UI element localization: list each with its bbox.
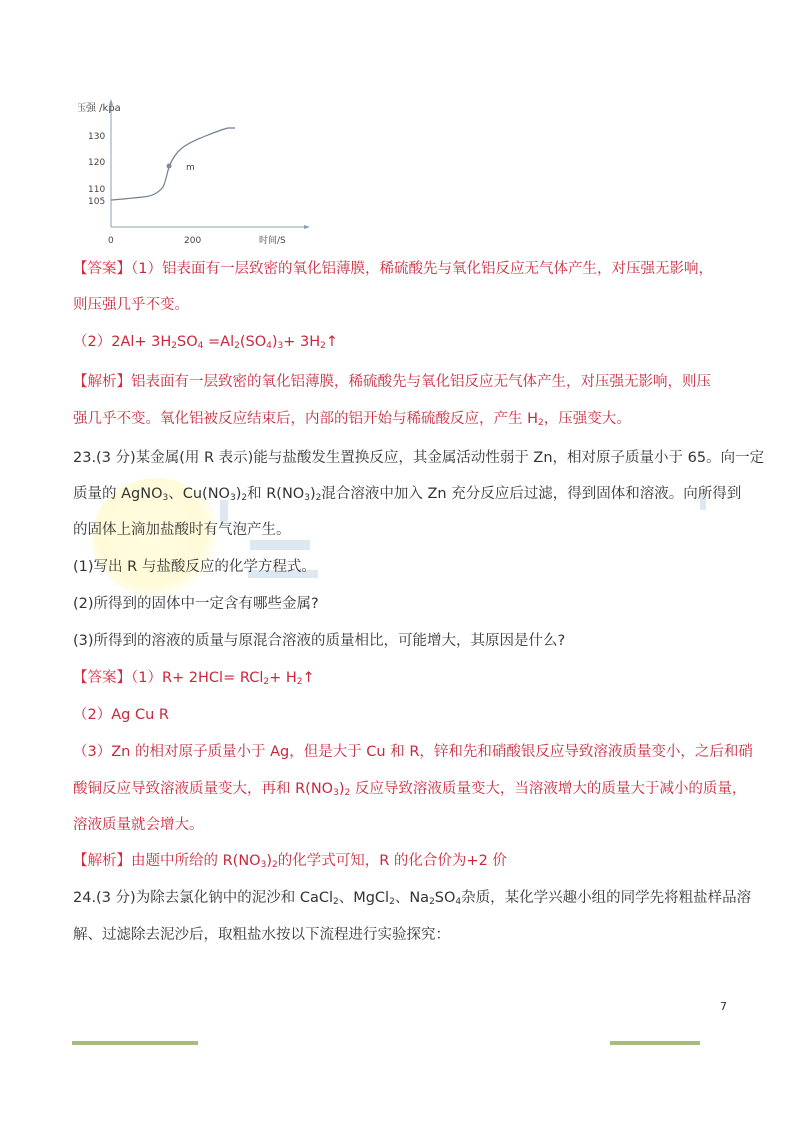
pressure-time-chart: 压强 /kpa 130 120 110 105 0 200 时间/S m [78,95,318,245]
chart-svg: 压强 /kpa 130 120 110 105 0 200 时间/S m [78,95,318,245]
q23-question3: (3)所得到的溶液的质量与原混合溶液的质量相比，可能增大，其原因是什么? [73,631,565,651]
q23-stem-line3: 的固体上滴加盐酸时有气泡产生。 [73,520,291,540]
watermark-bar [250,540,310,550]
q23-answer1: 【答案】（1）R+ 2HCl= RCl2+ H2↑ [73,668,315,688]
footer-bar-right [610,1041,700,1045]
q23-question1: (1)写出 R 与盐酸反应的化学方程式。 [73,557,316,577]
page-number: 7 [720,1000,727,1013]
answer-tag: 【答案】 [73,670,131,686]
x-axis-arrow [304,225,310,229]
q22-analysis-line2: 强几乎不变。氧化铝被反应结束后，内部的铝开始与稀硫酸反应，产生 H2，压强变大。 [73,409,631,429]
q22-answer1-line1-text: （1）铝表面有一层致密的氧化铝薄膜，稀硫酸先与氧化铝反应无气体产生，对压强无影响… [131,261,713,277]
q23-answer2: （2）Ag Cu R [73,705,169,725]
y-tick-120: 120 [88,158,105,168]
q23-stem-line1: 23.(3 分)某金属(用 R 表示)能与盐酸发生置换反应，其金属活动性弱于 Z… [73,448,764,468]
q22-answer-line1: 【答案】（1）铝表面有一层致密的氧化铝薄膜，稀硫酸先与氧化铝反应无气体产生，对压… [73,259,713,279]
q23-stem-line2: 质量的 AgNO3、Cu(NO3)2和 R(NO3)2混合溶液中加入 Zn 充分… [73,484,741,504]
pressure-curve [111,128,235,200]
y-tick-105: 105 [88,197,105,207]
q23-analysis: 【解析】由题中所给的 R(NO3)2的化学式可知，R 的化合价为+2 价 [73,851,507,871]
q22-analysis-line1: 【解析】铝表面有一层致密的氧化铝薄膜，稀硫酸先与氧化铝反应无气体产生，对压强无影… [73,372,711,392]
y-tick-110: 110 [88,185,105,195]
q23-question2: (2)所得到的固体中一定含有哪些金属? [73,594,319,614]
x-axis-label: 时间/S [259,234,286,245]
analysis-tag: 【解析】 [73,853,131,869]
x-tick-200: 200 [184,236,201,245]
point-m-marker [167,164,172,169]
point-m-label: m [186,163,195,173]
q23-answer3-line2: 酸铜反应导致溶液质量变大，再和 R(NO3)2 反应导致溶液质量变大，当溶液增大… [73,779,746,799]
answer-tag: 【答案】 [73,261,131,277]
x-tick-0: 0 [108,236,114,245]
q22-answer2-equation: （2）2Al+ 3H2SO4 =Al2(SO4)3+ 3H2↑ [73,332,338,352]
q23-answer3-line3: 溶液质量就会增大。 [73,815,204,835]
y-axis-label: 压强 /kpa [78,102,121,114]
q22-answer-line2: 则压强几乎不变。 [73,295,189,315]
q23-answer3-line1: （3）Zn 的相对原子质量小于 Ag，但是大于 Cu 和 R，锌和先和硝酸银反应… [73,742,753,762]
y-tick-130: 130 [88,132,105,142]
document-page: 压强 /kpa 130 120 110 105 0 200 时间/S m 【答案… [0,0,800,1131]
q24-stem-line1: 24.(3 分)为除去氯化钠中的泥沙和 CaCl2、MgCl2、Na2SO4杂质… [73,888,751,908]
footer-bar-left [72,1041,198,1045]
q24-stem-line2: 解、过滤除去泥沙后，取粗盐水按以下流程进行实验探究： [73,925,450,945]
analysis-tag: 【解析】 [73,374,131,390]
